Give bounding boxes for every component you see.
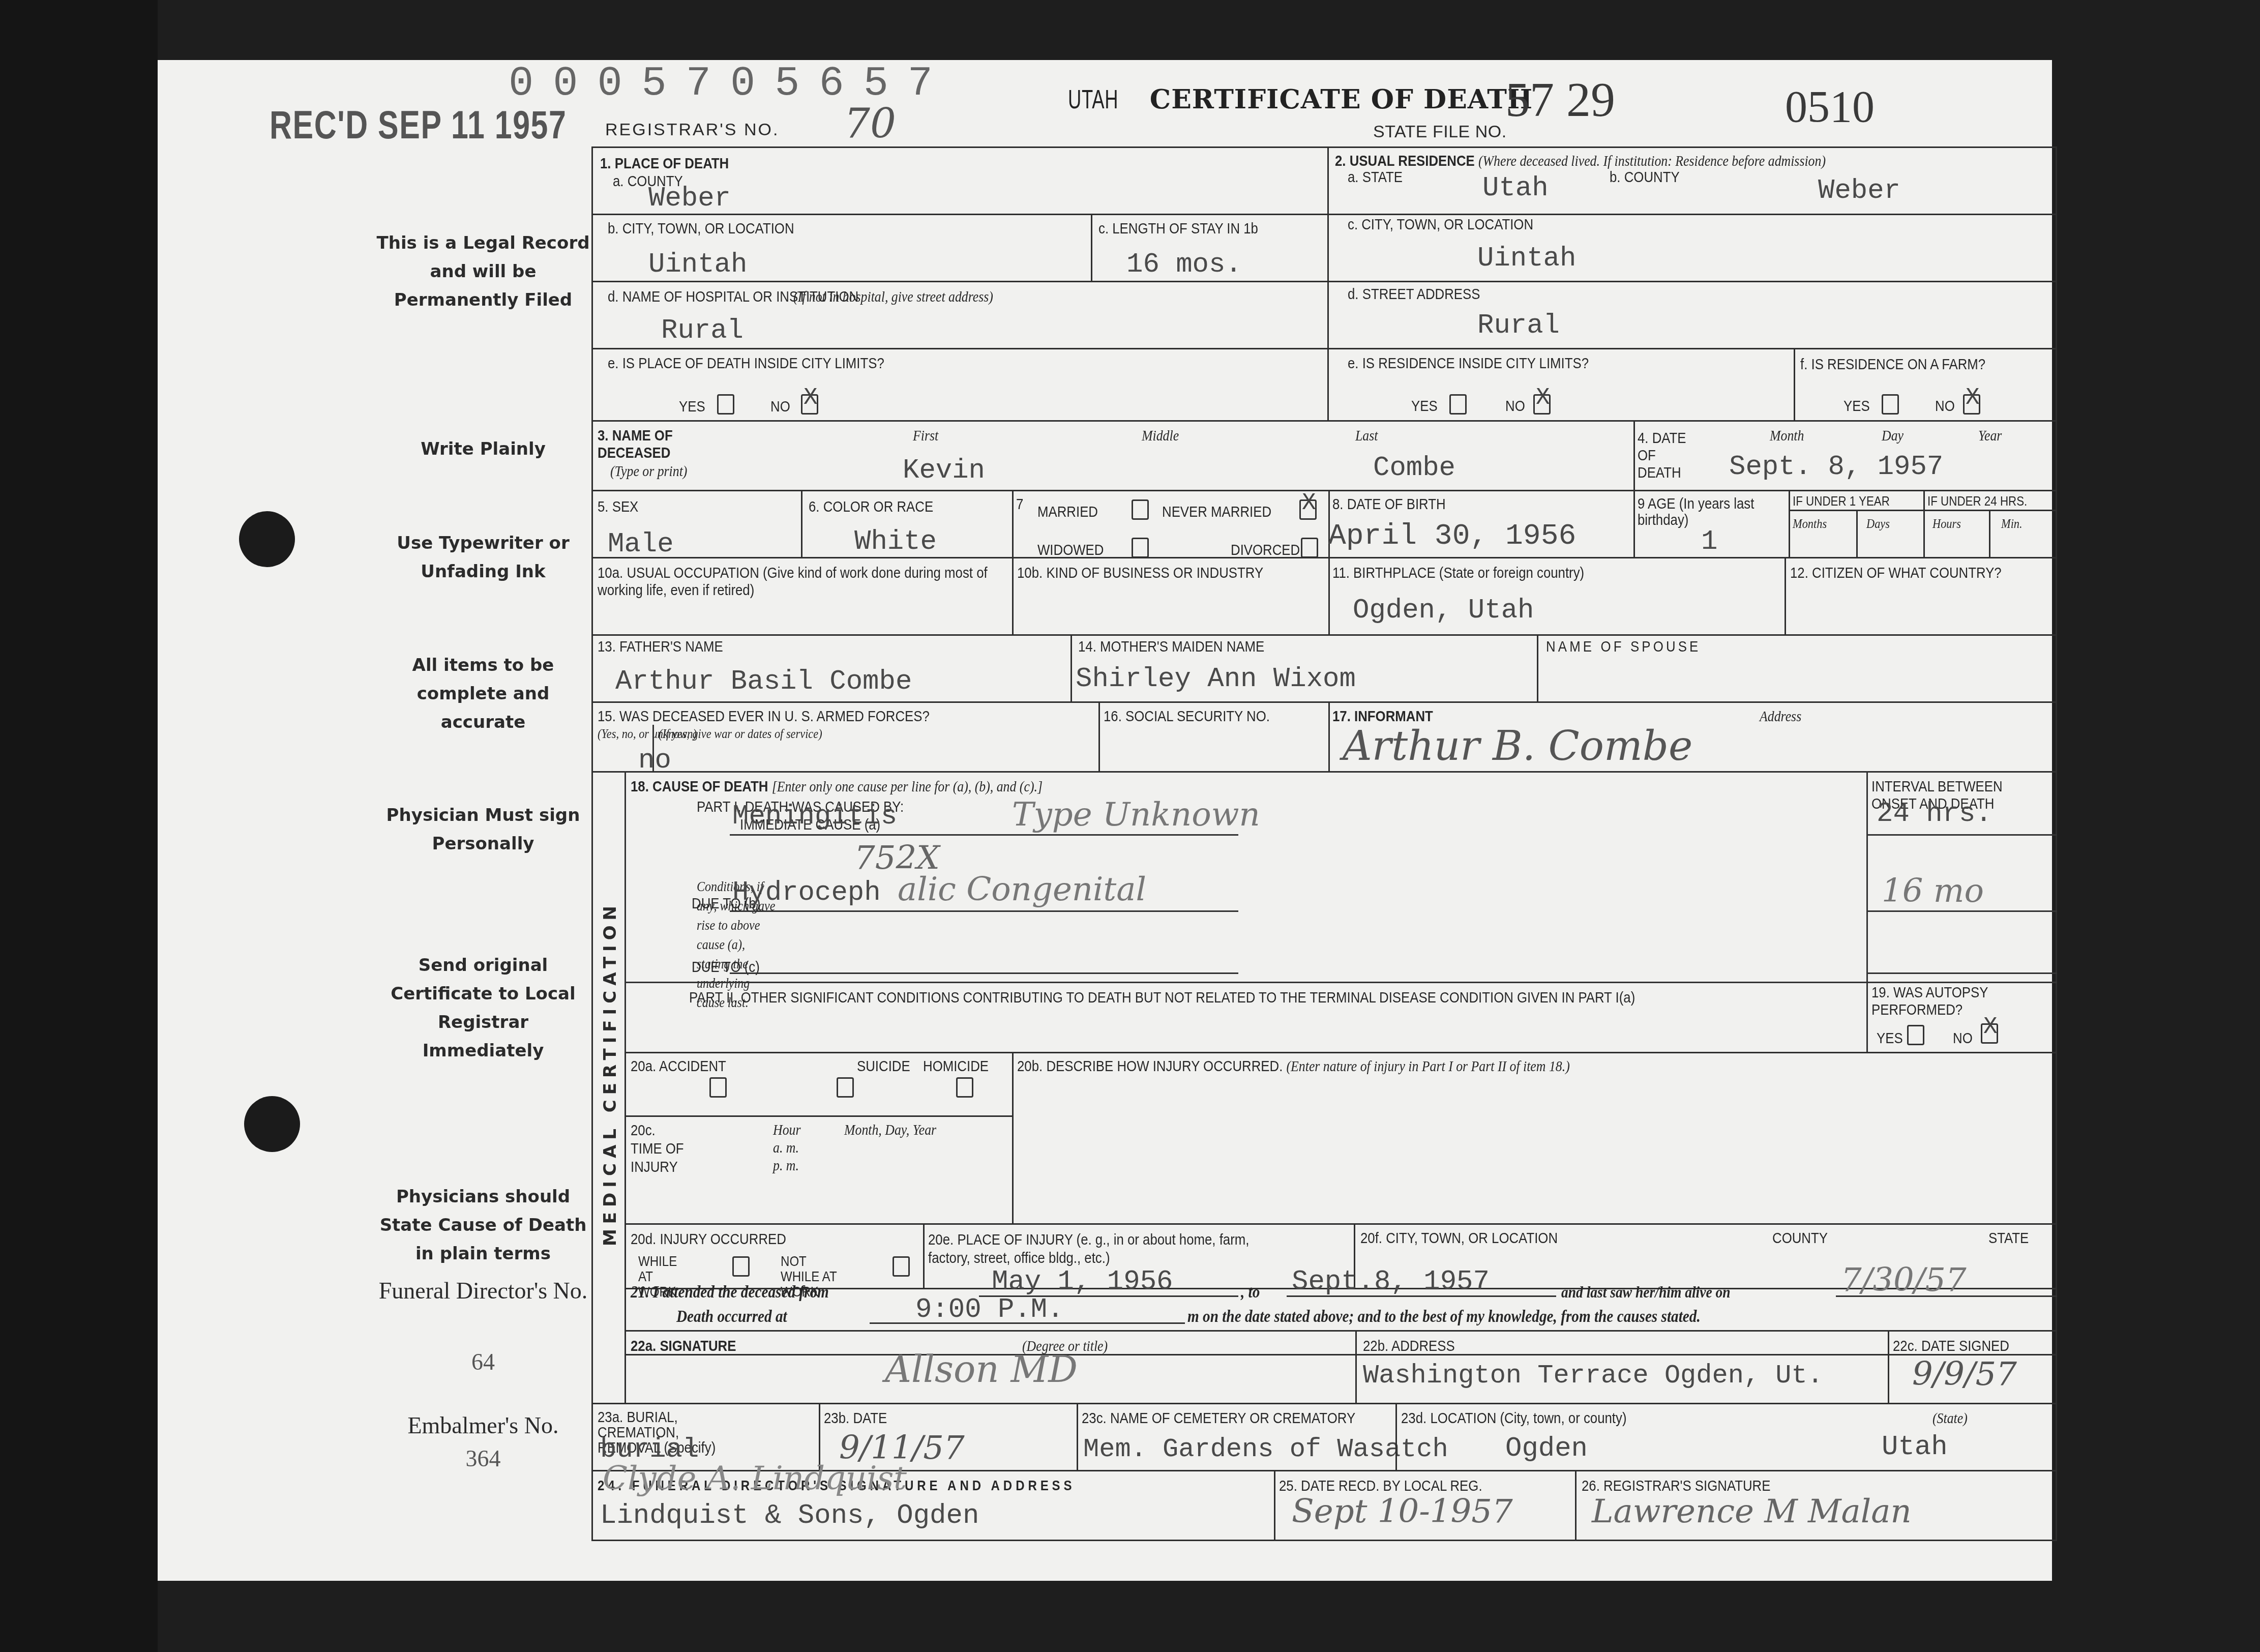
deceased-name-hint: (Type or print) <box>610 463 687 480</box>
margin-note-cause-plain: Physicians should State Cause of Death i… <box>376 1183 590 1268</box>
birthplace-value[interactable]: Ogden, Utah <box>1353 595 1534 626</box>
place-of-death-label: 1. PLACE OF DEATH <box>600 155 729 172</box>
interval-a-value[interactable]: 24 hrs. <box>1877 799 1992 830</box>
attended-to-line <box>1287 1295 1556 1297</box>
time-of-injury-label: 20c. TIME OF INJURY <box>631 1122 688 1176</box>
length-of-stay-label: c. LENGTH OF STAY IN 1b <box>1098 220 1258 238</box>
death-at-label: Death occurred at <box>676 1307 787 1326</box>
attended-label: 21. I attended the deceased from <box>631 1283 829 1302</box>
never-married-checkbox[interactable] <box>1299 499 1317 520</box>
burial-date-label: 23b. DATE <box>824 1410 887 1427</box>
not-while-at-work-checkbox[interactable] <box>893 1256 910 1277</box>
hospital-hint: (If not in hospital, give street address… <box>793 288 993 306</box>
residence-street-label: d. STREET ADDRESS <box>1348 286 1480 303</box>
death-time-value[interactable]: 9:00 P.M. <box>915 1294 1064 1325</box>
residence-county-value[interactable]: Weber <box>1818 175 1900 206</box>
homicide-label: HOMICIDE <box>923 1058 989 1075</box>
funeral-director-no: 64 <box>376 1348 590 1376</box>
usual-residence-label: 2. USUAL RESIDENCE (Where deceased lived… <box>1335 153 1826 170</box>
punch-hole <box>244 1096 300 1152</box>
last-saw-label: and last saw her/him alive on <box>1561 1283 1731 1302</box>
registrar-signature-label: 26. REGISTRAR'S SIGNATURE <box>1582 1478 1770 1495</box>
injury-state-label: STATE <box>1988 1230 2029 1247</box>
burial-state-label: (State) <box>1932 1410 1968 1427</box>
injury-city-label: 20f. CITY, TOWN, OR LOCATION <box>1360 1230 1558 1247</box>
date-signed-label: 22c. DATE SIGNED <box>1893 1338 2009 1355</box>
divorced-checkbox[interactable] <box>1301 538 1318 558</box>
months-label: Months <box>1793 516 1827 532</box>
cemetery-value[interactable]: Mem. Gardens of Wasatch <box>1083 1434 1448 1464</box>
hospital-value[interactable]: Rural <box>661 315 744 346</box>
last-name-label: Last <box>1355 427 1378 445</box>
signature-label: 22a. SIGNATURE <box>631 1338 736 1355</box>
certificate-title: UTAH CERTIFICATE OF DEATH <box>1068 84 1533 115</box>
age-label: 9 AGE (In years last birthday) <box>1638 496 1760 528</box>
residence-county-label: b. COUNTY <box>1610 169 1680 186</box>
first-name-label: First <box>913 427 938 445</box>
interval-a-line <box>1867 834 2057 836</box>
pm-label: p. m. <box>773 1157 799 1174</box>
date-received-label: 25. DATE RECD. BY LOCAL REG. <box>1279 1478 1482 1495</box>
residence-city-label: c. CITY, TOWN, OR LOCATION <box>1348 216 1533 233</box>
autopsy-no-label: NO <box>1953 1030 1973 1047</box>
mother-label: 14. MOTHER'S MAIDEN NAME <box>1078 638 1264 656</box>
age-value[interactable]: 1 <box>1701 526 1717 557</box>
ssn-label: 16. SOCIAL SECURITY NO. <box>1104 708 1270 725</box>
last-saw-value[interactable]: 7/30/57 <box>1841 1261 1967 1299</box>
embalmer-no-label: Embalmer's No. <box>376 1411 590 1440</box>
injury-description-cell[interactable] <box>1012 1052 2057 1225</box>
registrar-signature-value[interactable]: Lawrence M Malan <box>1592 1493 1912 1530</box>
last-name-value[interactable]: Combe <box>1373 453 1455 484</box>
interval-c-line <box>1867 972 2057 974</box>
title-state: UTAH <box>1068 84 1118 115</box>
physician-signature[interactable]: Allson MD <box>885 1348 1078 1391</box>
suicide-label: SUICIDE <box>857 1058 910 1075</box>
state-file-number: 0510 <box>1785 81 1875 133</box>
interval-divider <box>1866 771 1868 1053</box>
immediate-cause-handwritten[interactable]: Type Unknown <box>1012 796 1260 834</box>
interval-b-value[interactable]: 16 mo <box>1882 872 1984 910</box>
due-to-c-line <box>730 972 1238 974</box>
sex-value[interactable]: Male <box>608 529 674 560</box>
min-cell[interactable] <box>1989 510 2057 558</box>
residence-inside-city-label: e. IS RESIDENCE INSIDE CITY LIMITS? <box>1348 355 1589 372</box>
divorced-label: DIVORCED <box>1231 542 1300 559</box>
medical-certification-side-label: MEDICAL CERTIFICATION <box>600 901 620 1246</box>
day-label: Day <box>1882 427 1904 445</box>
mother-value[interactable]: Shirley Ann Wixom <box>1076 664 1356 695</box>
homicide-checkbox[interactable] <box>956 1077 973 1098</box>
month-label: Month <box>1770 427 1804 445</box>
attended-from-value[interactable]: May 1, 1956 <box>992 1266 1173 1297</box>
immediate-cause-typed[interactable]: Meningitis <box>732 801 897 832</box>
residence-inside-no-checkbox[interactable] <box>1533 394 1551 415</box>
injury-county-label: COUNTY <box>1772 1230 1828 1247</box>
occupation-label: 10a. USUAL OCCUPATION (Give kind of work… <box>598 565 991 599</box>
registrars-no-label: REGISTRAR'S NO. <box>605 120 779 140</box>
part2-top-line <box>625 982 2057 983</box>
date-of-birth-label: 8. DATE OF BIRTH <box>1332 496 1446 513</box>
business-label: 10b. KIND OF BUSINESS OR INDUSTRY <box>1017 565 1263 582</box>
burial-location-label: 23d. LOCATION (City, town, or county) <box>1401 1410 1627 1427</box>
margin-note-complete: All items to be complete and accurate <box>376 651 590 736</box>
residence-inside-yes-checkbox[interactable] <box>1449 394 1467 415</box>
embalmer-no: 364 <box>376 1444 590 1473</box>
margin-note-legal-record: This is a Legal Record and will be Perma… <box>376 229 590 314</box>
spouse-label: NAME OF SPOUSE <box>1546 638 1701 656</box>
deceased-name-label: 3. NAME OF DECEASED <box>598 427 685 462</box>
citizen-label: 12. CITIZEN OF WHAT COUNTRY? <box>1790 565 2002 582</box>
race-label: 6. COLOR OR RACE <box>809 498 933 516</box>
burial-location-state[interactable]: Utah <box>1882 1432 1948 1463</box>
death-inside-no-label: NO <box>770 398 790 416</box>
margin-note-send-original: Send original Certificate to Local Regis… <box>376 951 590 1065</box>
autopsy-label: 19. WAS AUTOPSY PERFORMED? <box>1871 984 2020 1019</box>
autopsy-yes-checkbox[interactable] <box>1907 1025 1924 1045</box>
funeral-director-value[interactable]: Lindquist & Sons, Ogden <box>600 1500 979 1531</box>
date-of-birth-value[interactable]: April 30, 1956 <box>1328 520 1576 553</box>
widowed-checkbox[interactable] <box>1132 538 1149 558</box>
farm-yes-checkbox[interactable] <box>1882 394 1899 415</box>
last-saw-line <box>1836 1295 2057 1297</box>
state-file-prefix: 57 29 <box>1505 71 1615 128</box>
widowed-label: WIDOWED <box>1037 542 1104 559</box>
residence-state-label: a. STATE <box>1348 169 1403 186</box>
death-county-value[interactable]: Weber <box>648 183 731 214</box>
cemetery-label: 23c. NAME OF CEMETERY OR CREMATORY <box>1082 1410 1355 1427</box>
father-label: 13. FATHER'S NAME <box>598 638 723 656</box>
length-of-stay-value[interactable]: 16 mos. <box>1126 249 1242 280</box>
received-stamp: REC'D SEP 11 1957 <box>270 102 567 148</box>
farm-no-label: NO <box>1935 398 1955 415</box>
registrars-no: 70 <box>844 100 896 147</box>
margin-note-physician-sign: Physician Must sign Personally <box>376 801 590 858</box>
margin-note-typewriter: Use Typewriter or Unfading Ink <box>376 529 590 586</box>
sex-label: 5. SEX <box>598 498 638 516</box>
middle-name-label: Middle <box>1142 427 1179 445</box>
under-1-year-label: IF UNDER 1 YEAR <box>1793 493 1890 509</box>
death-inside-yes-checkbox[interactable] <box>717 394 734 415</box>
min-label: Min. <box>2001 516 2023 532</box>
marital-number: 7 <box>1016 496 1023 513</box>
informant-address-label: Address <box>1760 708 1801 725</box>
death-city-label: b. CITY, TOWN, OR LOCATION <box>608 220 794 238</box>
attended-to-value[interactable]: Sept.8, 1957 <box>1292 1266 1490 1297</box>
father-value[interactable]: Arthur Basil Combe <box>615 666 912 697</box>
death-city-value[interactable]: Uintah <box>648 249 747 280</box>
year-label: Year <box>1978 427 2002 445</box>
autopsy-yes-label: YES <box>1877 1030 1903 1047</box>
funeral-director-no-label: Funeral Director's No. <box>376 1277 590 1305</box>
armed-forces-hint-2: (If yes, give war or dates of service) <box>659 726 822 742</box>
deceased-name-cell <box>591 420 1635 491</box>
funeral-director-signature[interactable]: Clyde A. Lindquist <box>603 1460 907 1497</box>
autopsy-no-checkbox[interactable] <box>1981 1023 1998 1044</box>
race-value[interactable]: White <box>854 526 937 557</box>
married-label: MARRIED <box>1037 504 1098 521</box>
farm-no-checkbox[interactable] <box>1963 394 1980 415</box>
punch-hole <box>239 511 295 567</box>
interval-b-line <box>1867 910 2057 912</box>
hours-label: Hours <box>1932 516 1961 532</box>
due-to-b-line <box>730 910 1238 912</box>
never-married-label: NEVER MARRIED <box>1162 504 1271 521</box>
binder-spine <box>0 0 158 1652</box>
due-to-b-handwritten[interactable]: alic Congenital <box>898 871 1146 908</box>
days-label: Days <box>1866 516 1890 532</box>
death-inside-city-label: e. IS PLACE OF DEATH INSIDE CITY LIMITS? <box>608 355 884 372</box>
part2-label: PART II. OTHER SIGNIFICANT CONDITIONS CO… <box>689 989 1635 1007</box>
injury-occurred-label: 20d. INJURY OCCURRED <box>631 1231 786 1248</box>
death-time-line <box>870 1322 1185 1324</box>
date-of-death-label: 4. DATE OF DEATH <box>1638 430 1694 482</box>
physician-address-label: 22b. ADDRESS <box>1363 1338 1455 1355</box>
birthplace-label: 11. BIRTHPLACE (State or foreign country… <box>1332 565 1584 582</box>
date-signed-value[interactable]: 9/9/57 <box>1912 1355 2017 1393</box>
residence-inside-yes-label: YES <box>1411 398 1438 415</box>
due-to-b-typed[interactable]: Hydroceph <box>732 877 881 908</box>
under-24-hrs-label: IF UNDER 24 HRS. <box>1927 493 2027 509</box>
date-received-value[interactable]: Sept 10-1957 <box>1292 1493 1513 1530</box>
injury-description-label: 20b. DESCRIBE HOW INJURY OCCURRED. (Ente… <box>1017 1058 1570 1075</box>
suicide-checkbox[interactable] <box>837 1077 854 1098</box>
while-at-work-checkbox[interactable] <box>732 1256 750 1277</box>
residence-street-value[interactable]: Rural <box>1477 310 1560 341</box>
farm-yes-label: YES <box>1843 398 1870 415</box>
informant-signature[interactable]: Arthur B. Combe <box>1343 722 1692 770</box>
armed-forces-label: 15. WAS DECEASED EVER IN U. S. ARMED FOR… <box>598 708 930 725</box>
am-label: a. m. <box>773 1139 799 1157</box>
burial-location-city[interactable]: Ogden <box>1505 1433 1588 1464</box>
accident-checkbox[interactable] <box>709 1077 727 1098</box>
cause-of-death-label: 18. CAUSE OF DEATH [Enter only one cause… <box>631 778 1043 795</box>
title-text: CERTIFICATE OF DEATH <box>1150 84 1533 115</box>
first-name-value[interactable]: Kevin <box>903 455 985 486</box>
physician-address-value[interactable]: Washington Terrace Ogden, Ut. <box>1363 1361 1823 1391</box>
state-file-label: STATE FILE NO. <box>1373 122 1507 142</box>
married-checkbox[interactable] <box>1132 499 1149 520</box>
death-at-suffix: m on the date stated above; and to the b… <box>1187 1307 1701 1326</box>
death-inside-yes-label: YES <box>679 398 705 416</box>
accident-label: 20a. ACCIDENT <box>631 1058 726 1075</box>
residence-inside-no-label: NO <box>1505 398 1525 415</box>
place-of-injury-label: 20e. PLACE OF INJURY (e. g., in or about… <box>928 1231 1269 1267</box>
immediate-cause-line <box>730 834 1238 836</box>
date-of-death-value[interactable]: Sept. 8, 1957 <box>1729 452 1943 483</box>
death-inside-no-checkbox[interactable] <box>801 394 818 415</box>
hour-label: Hour <box>773 1122 800 1139</box>
margin-note-write-plainly: Write Plainly <box>376 435 590 463</box>
residence-state-value[interactable]: Utah <box>1482 173 1549 204</box>
residence-farm-label: f. IS RESIDENCE ON A FARM? <box>1800 356 1985 373</box>
month-day-year-label: Month, Day, Year <box>844 1122 936 1139</box>
to-label: , to <box>1241 1283 1260 1302</box>
residence-city-value[interactable]: Uintah <box>1477 243 1576 274</box>
